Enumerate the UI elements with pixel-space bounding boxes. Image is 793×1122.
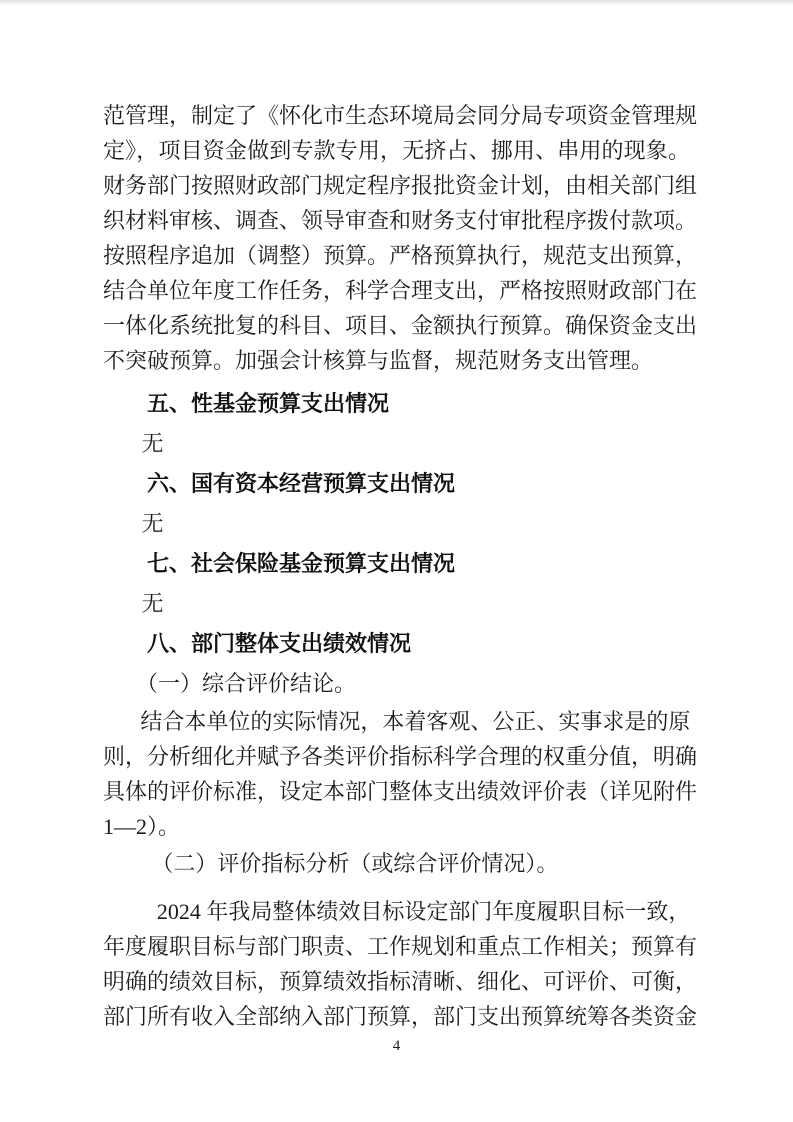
section-heading-5: 五、性基金预算支出情况 <box>103 384 690 424</box>
subsection-heading-2: （二）评价指标分析（或综合评价情况）。 <box>103 844 690 884</box>
body-line: 结合本单位的实际情况，本着客观、公正、实事求是的原 <box>103 704 690 739</box>
body-line: 织材料审核、调查、领导审查和财务支付审批程序拨付款项。 <box>103 203 690 238</box>
body-line: 一体化系统批复的科目、项目、金额执行预算。确保资金支出 <box>103 308 690 343</box>
body-line: 部门所有收入全部纳入部门预算，部门支出预算统筹各类资金 <box>103 999 690 1034</box>
body-line: 明确的绩效目标，预算绩效指标清晰、细化、可评价、可衡， <box>103 964 690 999</box>
body-line: 财务部门按照财政部门规定程序报批资金计划，由相关部门组 <box>103 168 690 203</box>
body-line: 范管理，制定了《怀化市生态环境局会同分局专项资金管理规 <box>103 98 690 133</box>
body-line: 按照程序追加（调整）预算。严格预算执行，规范支出预算， <box>103 238 690 273</box>
body-paragraph-2: 结合本单位的实际情况，本着客观、公正、实事求是的原 则，分析细化并赋予各类评价指… <box>103 704 690 844</box>
subsection-heading-1: （一）综合评价结论。 <box>103 664 690 704</box>
body-paragraph-3: 2024 年我局整体绩效目标设定部门年度履职目标一致， 年度履职目标与部门职责、… <box>103 894 690 1034</box>
body-line: 结合单位年度工作任务，科学合理支出，严格按照财政部门在 <box>103 273 690 308</box>
page-content: 范管理，制定了《怀化市生态环境局会同分局专项资金管理规 定》，项目资金做到专款专… <box>0 0 793 1056</box>
body-line: 不突破预算。加强会计核算与监督，规范财务支出管理。 <box>103 343 690 378</box>
section-7-body: 无 <box>103 584 690 624</box>
body-line: 则，分析细化并赋予各类评价指标科学合理的权重分值，明确 <box>103 739 690 774</box>
body-line: 具体的评价标准，设定本部门整体支出绩效评价表（详见附件 <box>103 774 690 809</box>
body-line: 年度履职目标与部门职责、工作规划和重点工作相关；预算有 <box>103 929 690 964</box>
document-page: 范管理，制定了《怀化市生态环境局会同分局专项资金管理规 定》，项目资金做到专款专… <box>0 0 793 1122</box>
section-5-body: 无 <box>103 424 690 464</box>
section-heading-7: 七、社会保险基金预算支出情况 <box>103 544 690 584</box>
section-heading-8: 八、部门整体支出绩效情况 <box>103 624 690 664</box>
body-line: 2024 年我局整体绩效目标设定部门年度履职目标一致， <box>103 894 690 929</box>
body-line: 定》，项目资金做到专款专用，无挤占、挪用、串用的现象。 <box>103 133 690 168</box>
body-paragraph-1: 范管理，制定了《怀化市生态环境局会同分局专项资金管理规 定》，项目资金做到专款专… <box>103 98 690 378</box>
page-number: 4 <box>103 1036 690 1056</box>
body-line: 1—2）。 <box>103 809 690 844</box>
section-6-body: 无 <box>103 504 690 544</box>
section-heading-6: 六、国有资本经营预算支出情况 <box>103 464 690 504</box>
